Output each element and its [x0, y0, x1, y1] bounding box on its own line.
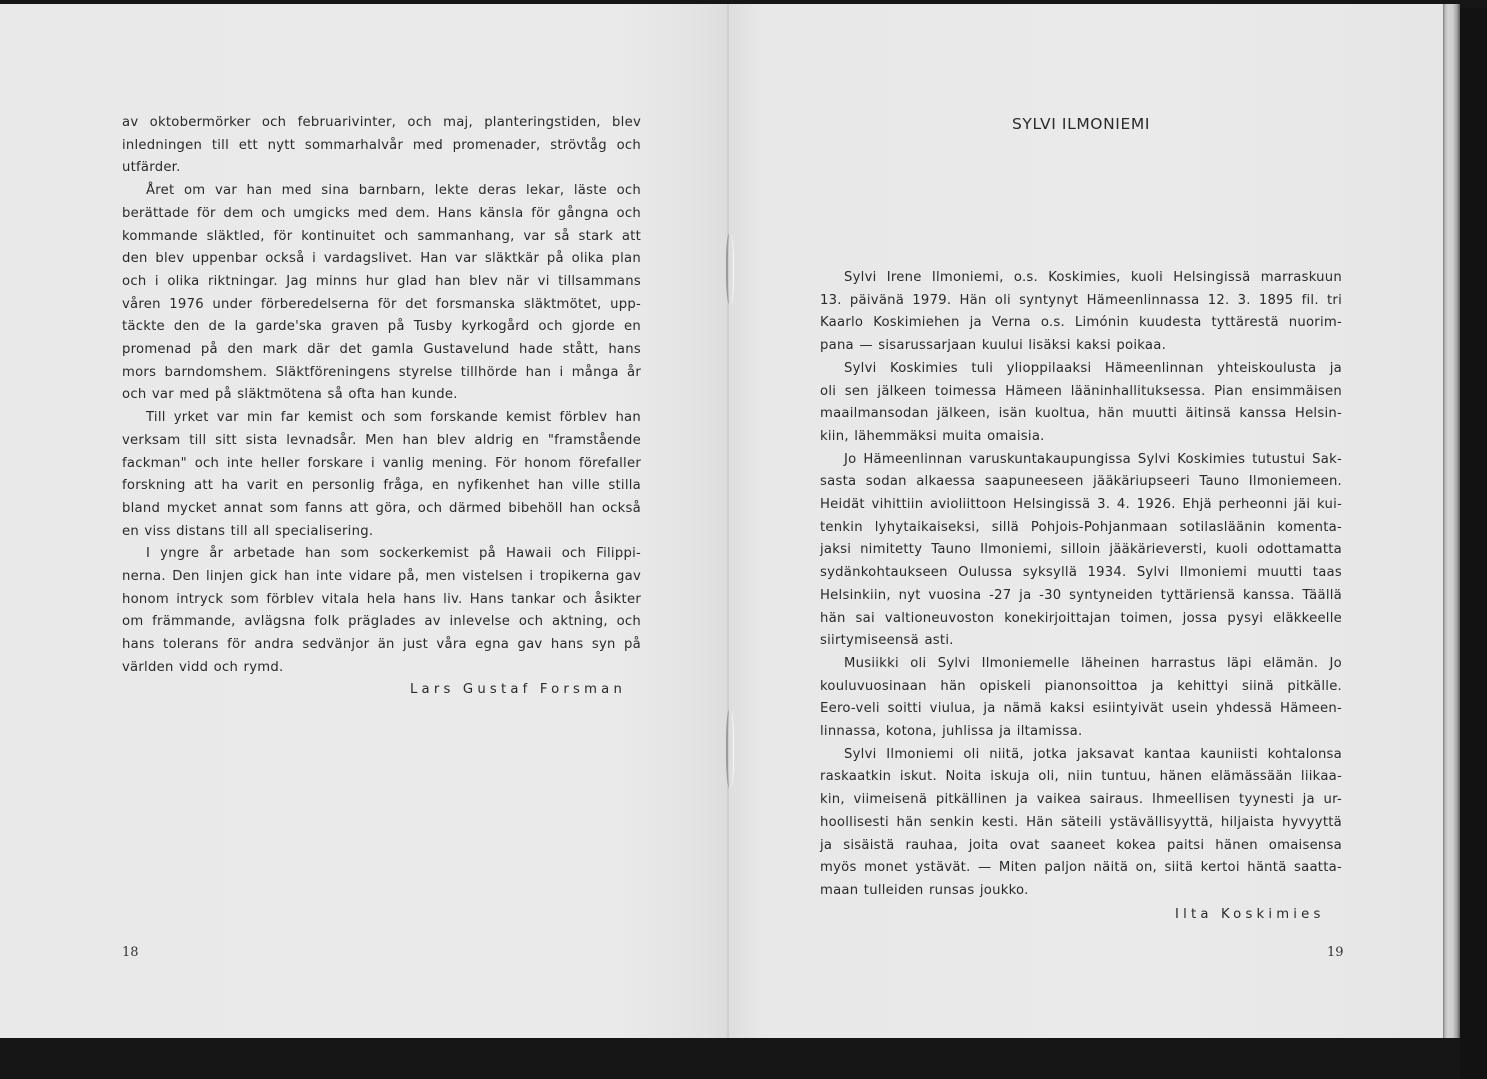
page-stack-edge — [1443, 4, 1460, 1038]
book-gutter — [727, 4, 729, 1038]
text-line: honom intryck som förblev vitala hela ha… — [122, 589, 641, 612]
text-line: verksam till sitt sista levnadsår. Men h… — [122, 430, 641, 453]
right-page-body: Sylvi Irene Ilmoniemi, o.s. Koskimies, k… — [820, 267, 1342, 903]
text-line: bland mycket annat som fanns att göra, o… — [122, 498, 641, 521]
text-line: våren 1976 under förberedelserna för det… — [122, 294, 641, 317]
text-line: Sylvi Koskimies tuli ylioppilaaksi Hämee… — [820, 358, 1342, 381]
scanned-book-spread: av oktobermörker och februarivinter, och… — [0, 0, 1487, 1079]
text-line: den blev uppenbar också i vardagslivet. … — [122, 248, 641, 271]
staple-bottom — [726, 709, 734, 788]
text-line: Eero-veli soitti viulua, ja nämä kaksi e… — [820, 698, 1342, 721]
text-line: ja sisäistä rauhaa, joita ovat saaneet k… — [820, 835, 1342, 858]
text-line: kin, viimeisenä pitkällinen ja vaikea sa… — [820, 789, 1342, 812]
text-line: Musiikki oli Sylvi Ilmoniemelle läheinen… — [820, 653, 1342, 676]
text-line: mors barndomshem. Släktföreningens styre… — [122, 362, 641, 385]
text-line: siirtymiseensä asti. — [820, 630, 1342, 653]
text-line: utfärder. — [122, 157, 641, 180]
text-line: sydänkohtaukseen Oulussa syksyllä 1934. … — [820, 562, 1342, 585]
text-line: maan tulleiden runsas joukko. — [820, 880, 1342, 903]
text-line: en viss distans till all specialisering. — [122, 521, 641, 544]
text-line: Till yrket var min far kemist och som fo… — [122, 407, 641, 430]
right-page-signature: Ilta Koskimies — [1175, 907, 1325, 922]
text-line: maailmansodan jälkeen, isän kuoltua, hän… — [820, 403, 1342, 426]
text-line: Sylvi Ilmoniemi oli niitä, jotka jaksava… — [820, 744, 1342, 767]
text-line: fackman" och inte heller forskare i vanl… — [122, 453, 641, 476]
text-line: jaksi nimitetty Tauno Ilmoniemi, silloin… — [820, 539, 1342, 562]
text-line: raskaatkin iskut. Noita iskuja oli, niin… — [820, 766, 1342, 789]
text-line: Kaarlo Koskimiehen ja Verna o.s. Limónin… — [820, 312, 1342, 335]
book-spread: av oktobermörker och februarivinter, och… — [0, 4, 1460, 1038]
text-line: 13. päivänä 1979. Hän oli syntynyt Hämee… — [820, 290, 1342, 313]
text-line: Jo Hämeenlinnan varuskuntakaupungissa Sy… — [820, 449, 1342, 472]
text-line: inledningen till ett nytt sommarhalvår m… — [122, 135, 641, 158]
text-line: promenad på den mark där det gamla Gusta… — [122, 339, 641, 362]
text-line: av oktobermörker och februarivinter, och… — [122, 112, 641, 135]
text-line: världen vidd och rymd. — [122, 657, 641, 680]
text-line: kommande släktled, för kontinuitet och s… — [122, 226, 641, 249]
text-line: och var med på släktmötena så ofta han k… — [122, 384, 641, 407]
text-line: kiin, lähemmäksi muita omaisia. — [820, 426, 1342, 449]
text-line: tenkin lyhytaikaiseksi, sillä Pohjois-Po… — [820, 517, 1342, 540]
text-line: Heidät vihittiin avioliittoon Helsingiss… — [820, 494, 1342, 517]
text-line: och i olika riktningar. Jag minns hur gl… — [122, 271, 641, 294]
chapter-title: SYLVI ILMONIEMI — [820, 115, 1342, 133]
text-line: oli sen jälkeen toimessa Hämeen lääninha… — [820, 381, 1342, 404]
text-line: berättade för dem och umgicks med dem. H… — [122, 203, 641, 226]
text-line: hans tolerans för andra sedvänjor än jus… — [122, 634, 641, 657]
text-line: myös monet ystävät. — Miten paljon näitä… — [820, 857, 1342, 880]
text-line: pana — sisarussarjaan kuului lisäksi kak… — [820, 335, 1342, 358]
text-line: Året om var han med sina barnbarn, lekte… — [122, 180, 641, 203]
text-line: hoollisesti hän senkin kesti. Hän säteil… — [820, 812, 1342, 835]
text-line: om främmande, avlägsna folk präglades av… — [122, 611, 641, 634]
text-line: forskning att ha varit en personlig fråg… — [122, 475, 641, 498]
text-line: kouluvuosinaan hän opiskeli pianonsoitto… — [820, 676, 1342, 699]
left-page-body: av oktobermörker och februarivinter, och… — [122, 112, 641, 680]
text-line: täckte den de la garde'ska graven på Tus… — [122, 316, 641, 339]
text-line: Sylvi Irene Ilmoniemi, o.s. Koskimies, k… — [820, 267, 1342, 290]
text-line: Helsinkiin, nyt vuosina -27 ja -30 synty… — [820, 585, 1342, 608]
text-line: nerna. Den linjen gick han inte vidare p… — [122, 566, 641, 589]
page-number-left: 18 — [122, 945, 139, 960]
scan-background-edge — [1460, 8, 1487, 1079]
text-line: linnassa, kotona, juhlissa ja iltamissa. — [820, 721, 1342, 744]
staple-top — [726, 233, 734, 304]
page-number-right: 19 — [1327, 945, 1344, 960]
left-page-signature: Lars Gustaf Forsman — [410, 682, 626, 697]
text-line: hän sai valtioneuvoston konekirjoittajan… — [820, 608, 1342, 631]
text-line: I yngre år arbetade han som sockerkemist… — [122, 543, 641, 566]
text-line: sasta sodan alkaessa saapuneeseen jääkär… — [820, 471, 1342, 494]
